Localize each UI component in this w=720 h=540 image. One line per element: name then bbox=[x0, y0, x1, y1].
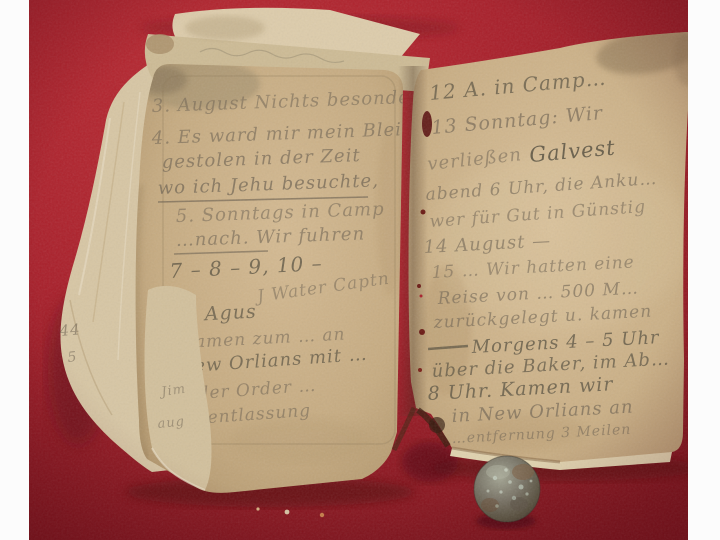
letterbox-left bbox=[0, 0, 29, 540]
diary-photo: 44 5 3. August Nichts besonder… 4. Es wa… bbox=[0, 0, 720, 540]
photo-vignette bbox=[29, 0, 688, 540]
photo-stage: 44 5 3. August Nichts besonder… 4. Es wa… bbox=[0, 0, 720, 540]
letterbox-right bbox=[688, 0, 720, 540]
